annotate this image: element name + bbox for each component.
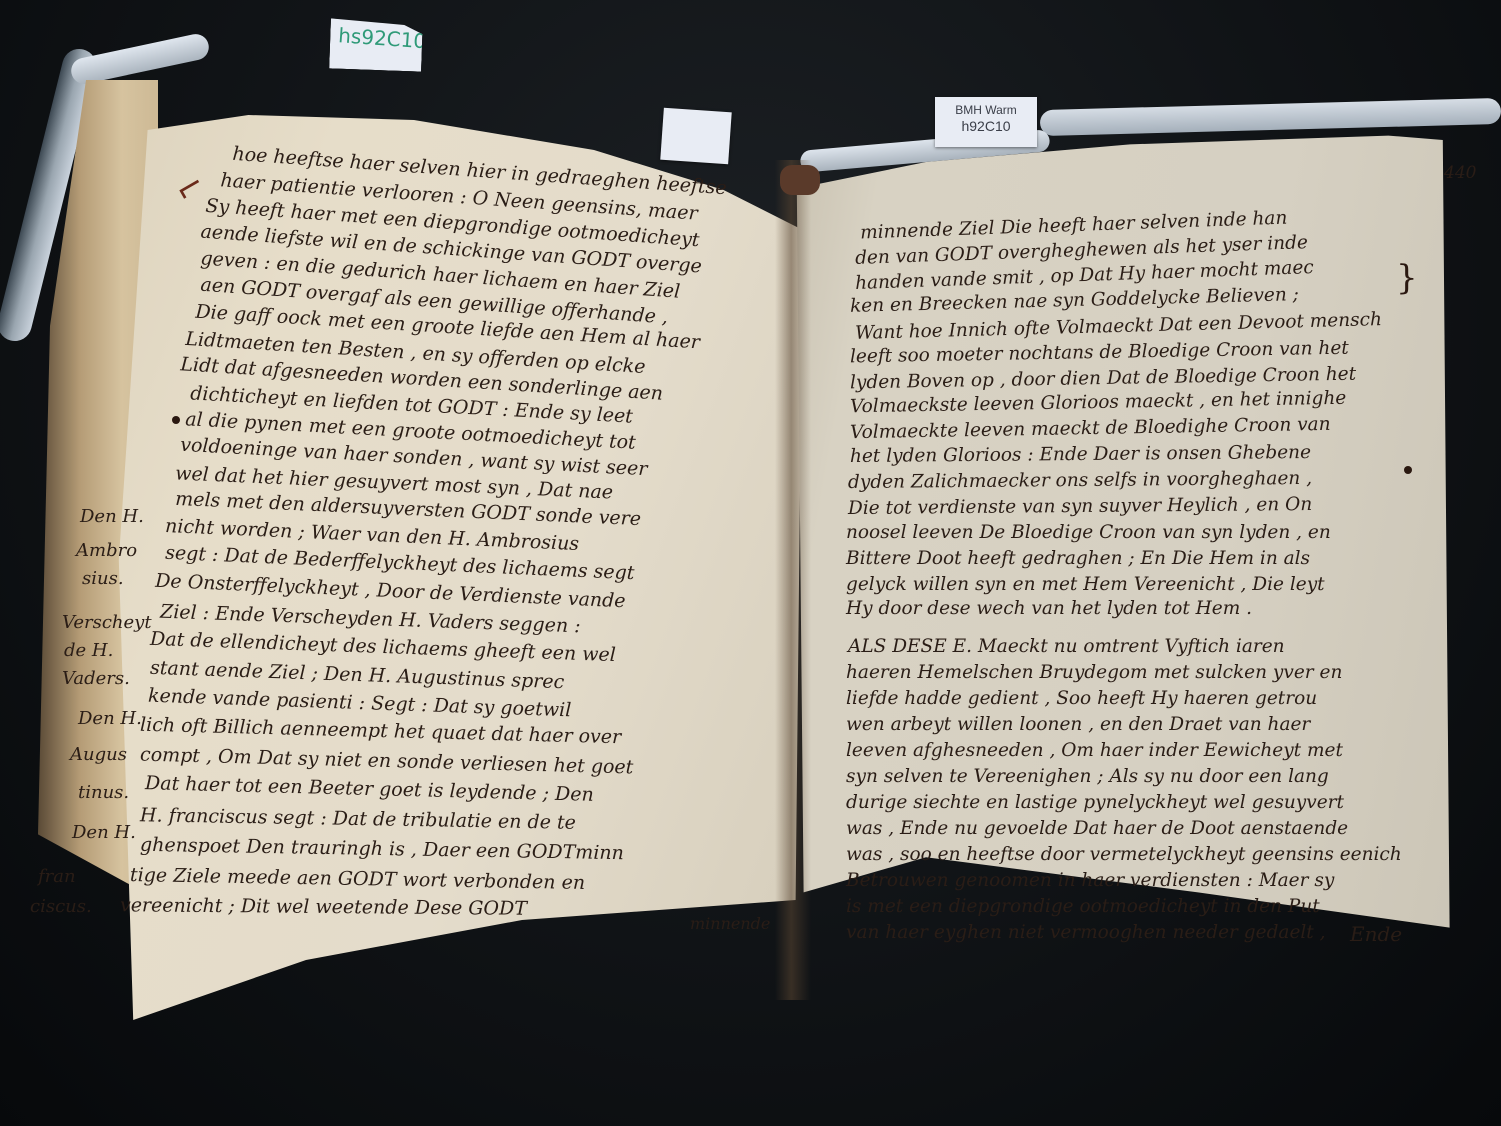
ink-spot [1404,466,1412,474]
margin-note: tinus. [78,782,129,803]
margin-bracket-mark: } [1396,258,1418,298]
text-line: vereenicht ; Dit wel weetende Dese GODT [120,894,527,920]
text-line: Bittere Doot heeft gedraghen ; En Die He… [846,548,1310,569]
text-line: het lyden Glorioos : Ende Daer is onsen … [850,442,1311,467]
text-line: haeren Hemelschen Bruydegom met sulcken … [846,662,1342,683]
shelfmark-library: BMH Warm [935,103,1037,117]
cord-right [1040,98,1501,136]
text-line: Die tot verdienste van syn suyver Heylic… [848,494,1312,519]
margin-note: Den H. [78,708,142,729]
text-line: liefde hadde gedient , Soo heeft Hy haer… [846,688,1317,709]
cord-left-top [69,32,211,87]
margin-note: Verscheyt [62,612,152,633]
text-line: wen arbeyt willen loonen , en den Draet … [846,714,1310,735]
margin-note: sius. [82,568,124,589]
margin-note: Vaders. [62,668,130,689]
margin-note: de H. [64,640,113,661]
text-line: noosel leeven De Bloedige Croon van syn … [846,522,1331,543]
text-line: durige siechte en lastige pynelyckheyt w… [846,792,1344,813]
folio-number: 440 [1444,163,1476,183]
text-line: was , soo en heeftse door vermetelyckhey… [846,844,1402,865]
margin-note: Den H. [72,822,136,843]
text-line: gelyck willen syn en met Hem Vereenicht … [846,574,1325,595]
shelfmark-tab-handwritten: hs92C10 [329,18,423,71]
text-line: leeven afghesneeden , Om haer inder Eewi… [846,740,1343,761]
text-line: Betrouwen genoomen in haer verdiensten :… [846,870,1334,891]
margin-note: fran [38,866,76,887]
margin-note: Augus [70,744,127,765]
catchword-left: minnende [690,914,770,933]
ink-spot [172,416,180,424]
blank-marker-tab [660,108,731,165]
text-line: dyden Zalichmaecker ons selfs in voorghe… [848,468,1312,493]
shelfmark-handwritten-text: hs92C10 [338,23,427,53]
spine-headband [780,165,820,195]
text-line: was , Ende nu gevoelde Dat haer de Doot … [846,818,1348,839]
text-line: is met een diepgrondige ootmoedicheyt in… [846,896,1320,917]
text-line: ALS DESE E. Maeckt nu omtrent Vyftich ia… [848,636,1285,657]
margin-note: Den H. [80,506,144,527]
shelfmark-code: h92C10 [935,118,1037,134]
text-line: syn selven te Vereenighen ; Als sy nu do… [846,766,1329,787]
margin-note: ciscus. [30,896,92,917]
shelfmark-tab-printed: BMH Warm h92C10 [935,97,1037,147]
book-gutter [775,160,811,1000]
text-line: Hy door dese wech van het lyden tot Hem … [846,598,1252,619]
text-line: van haer eyghen niet vermooghen needer g… [846,922,1326,943]
margin-note: Ambro [76,540,137,561]
manuscript-photo: hs92C10 BMH Warm h92C10 hoe heeftse haer… [0,0,1501,1126]
catchword-right: Ende [1350,922,1402,946]
